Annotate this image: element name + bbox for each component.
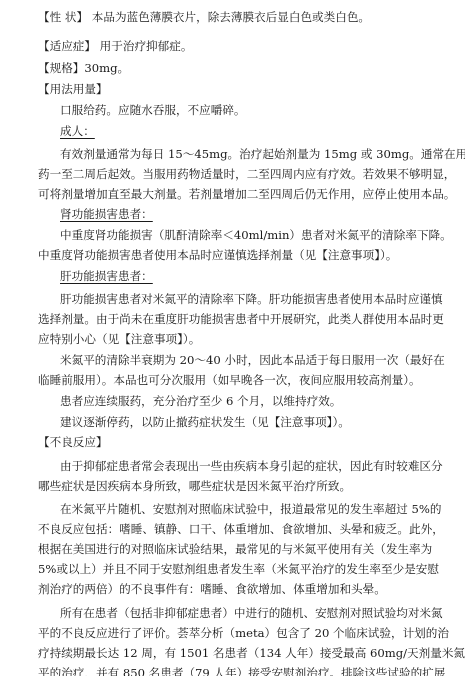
- properties-label: 【性 状】: [38, 10, 88, 24]
- adverse-p1-line: 由于抑郁症患者常会表现出一些由疾病本身引起的症状，因此有时较难区分: [60, 457, 443, 476]
- specification-text: 30mg。: [84, 61, 129, 75]
- adverse-p2-line: 不良反应包括：嗜睡、镇静、口干、体重增加、食欲增加、头晕和疲乏。此外，: [38, 520, 444, 539]
- renal-line: 中重度肾功能损害患者使用本品时应谨慎选择剂量（见【注意事项】）。: [38, 246, 397, 265]
- hepatic-line: 应特别小心（见【注意事项】）。: [38, 330, 200, 349]
- renal-line: 中重度肾功能损害（肌酐清除率＜40ml/min）患者对米氮平的清除率下降。: [60, 226, 452, 245]
- renal-heading: 肾功能损害患者：: [60, 205, 153, 224]
- adverse-p3-line: 所有在患者（包括非抑郁症患者）中进行的随机、安慰剂对照试验均对米氮: [60, 604, 443, 623]
- adult-line: 药一至二周后起效。当服用药物适量时，二至四周内应有疗效。若效果不够明显，: [38, 165, 455, 184]
- adverse-p2-line: 剂治疗的两倍）的不良事件有：嗜睡、食欲增加、体重增加和头晕。: [38, 580, 386, 599]
- hepatic-line: 选择剂量。由于尚未在重度肝功能损害患者中开展研究，此类人群使用本品时更: [38, 310, 444, 329]
- hepatic-heading: 肝功能损害患者：: [60, 267, 153, 286]
- adverse-p3-line: 疗持续期最长达 12 周，有 1501 名患者（134 人年）接受最高 60mg…: [38, 644, 465, 663]
- adverse-p1-line: 哪些症状是因疾病本身所致，哪些症状是因米氮平治疗所致。: [38, 477, 351, 496]
- properties-row: 【性 状】 本品为蓝色薄膜衣片，除去薄膜衣后显白色或类白色。: [38, 8, 370, 27]
- indications-text: 用于治疗抑郁症。: [100, 39, 193, 53]
- oral-instruction: 口服给药。应随水吞服，不应嚼碎。: [60, 101, 246, 120]
- adult-line: 可将剂量增加直至最大剂量。若剂量增加二至四周后仍无作用，应停止使用本品。: [38, 185, 455, 204]
- indications-label: 【适应症】: [38, 39, 96, 53]
- adverse-p3-line: 平的不良反应进行了评价。荟萃分析（meta）包含了 20 个临床试验，计划的治: [38, 624, 449, 643]
- halflife-line: 临睡前服用）。本品也可分次服用（如早晚各一次，夜间应服用较高剂量）。: [38, 371, 421, 390]
- hepatic-line: 肝功能损害患者对米氮平的清除率下降。肝功能损害患者使用本品时应谨慎: [60, 290, 443, 309]
- usage-label: 【用法用量】: [38, 80, 108, 99]
- adverse-p2-line: 在米氮平片随机、安慰剂对照临床试验中，报道最常见的发生率超过 5%的: [60, 500, 442, 519]
- duration-text: 患者应连续服药，充分治疗至少 6 个月，以维持疗效。: [60, 392, 341, 411]
- adverse-p3-line: 平的治疗，并有 850 名患者（79 人年）接受安慰剂治疗。排除这些试验的扩展: [38, 664, 445, 676]
- adverse-p2-line: 5%或以上）并且不同于安慰剂组患者发生率（米氮平治疗的发生率至少是安慰: [38, 560, 439, 579]
- indications-row: 【适应症】 用于治疗抑郁症。: [38, 37, 192, 56]
- adult-line: 有效剂量通常为每日 15～45mg。治疗起始剂量为 15mg 或 30mg。通常…: [60, 145, 465, 164]
- adult-heading: 成人：: [60, 122, 95, 141]
- adverse-label: 【不良反应】: [38, 433, 108, 452]
- properties-text: 本品为蓝色薄膜衣片，除去薄膜衣后显白色或类白色。: [92, 10, 370, 24]
- adverse-p2-line: 根据在美国进行的对照临床试验结果，最常见的与米氮平使用有关（发生率为: [38, 540, 432, 559]
- halflife-line: 米氮平的清除半衰期为 20～40 小时，因此本品适于每日服用一次（最好在: [60, 351, 445, 370]
- taper-text: 建议逐渐停药，以防止撤药症状发生（见【注意事项】）。: [60, 413, 350, 432]
- specification-row: 【规格】30mg。: [38, 59, 129, 78]
- specification-label: 【规格】: [38, 61, 84, 75]
